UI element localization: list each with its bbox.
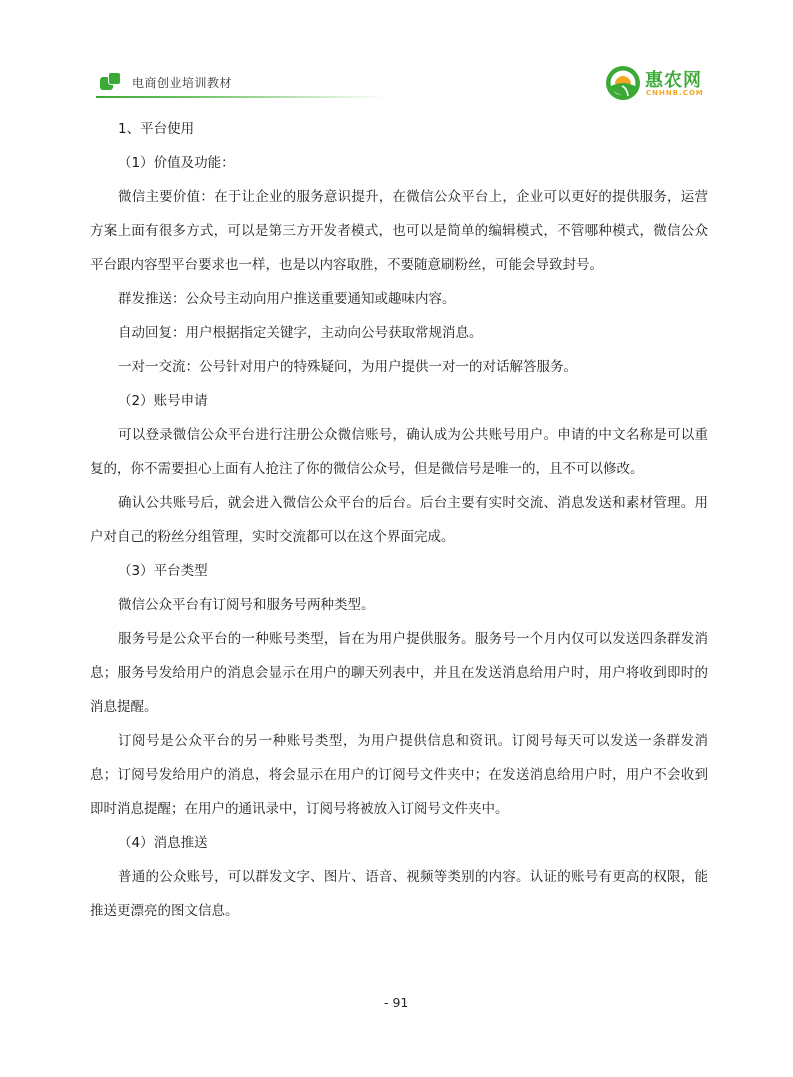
paragraph: 微信公众平台有订阅号和服务号两种类型。: [90, 588, 708, 622]
section-heading: （3）平台类型: [90, 554, 708, 588]
brand-domain: CNHNB.COM: [646, 89, 704, 97]
main-heading: 1、平台使用: [90, 112, 708, 146]
paragraph: 普通的公众账号，可以群发文字、图片、语音、视频等类别的内容。认证的账号有更高的权…: [90, 860, 708, 928]
paragraph: 群发推送：公众号主动向用户推送重要通知或趣味内容。: [90, 282, 708, 316]
page-number: - 91: [384, 995, 408, 1010]
section-heading: （1）价值及功能：: [90, 146, 708, 180]
paragraph: 自动回复：用户根据指定关键字，主动向公号获取常规消息。: [90, 316, 708, 350]
section-heading: （4）消息推送: [90, 826, 708, 860]
paragraph: 可以登录微信公众平台进行注册公众微信账号，确认成为公共账号用户。申请的中文名称是…: [90, 418, 708, 486]
paragraph: 微信主要价值：在于让企业的服务意识提升，在微信公众平台上，企业可以更好的提供服务…: [90, 180, 708, 282]
brand-logo: 惠农网 CNHNB.COM: [605, 65, 715, 105]
paragraph: 一对一交流：公号针对用户的特殊疑问，为用户提供一对一的对话解答服务。: [90, 350, 708, 384]
document-body: 1、平台使用 （1）价值及功能： 微信主要价值：在于让企业的服务意识提升，在微信…: [90, 112, 708, 928]
book-title: 电商创业培训教材: [132, 74, 232, 91]
sun-field-icon: [605, 65, 641, 101]
book-logo-icon: [100, 72, 122, 92]
section-heading: （2）账号申请: [90, 384, 708, 418]
paragraph: 确认公共账号后，就会进入微信公众平台的后台。后台主要有实时交流、消息发送和素材管…: [90, 486, 708, 554]
page-header: 电商创业培训教材 惠农网 CNHNB.COM: [0, 0, 793, 110]
header-divider: [96, 96, 386, 98]
paragraph: 服务号是公众平台的一种账号类型，旨在为用户提供服务。服务号一个月内仅可以发送四条…: [90, 622, 708, 724]
paragraph: 订阅号是公众平台的另一种账号类型，为用户提供信息和资讯。订阅号每天可以发送一条群…: [90, 724, 708, 826]
